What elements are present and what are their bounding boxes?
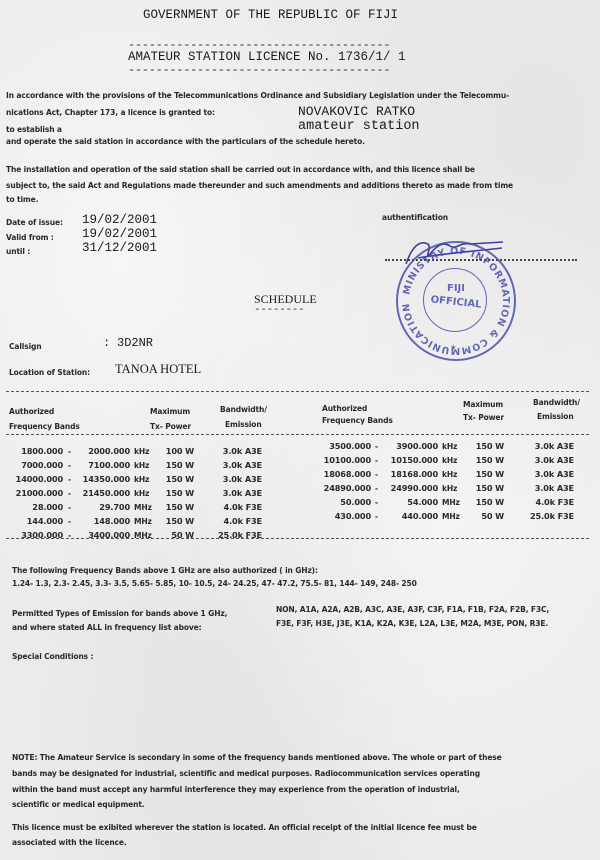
emission-types-label-2: and where stated ALL in frequency list a… (12, 622, 202, 632)
band-power: 150 W (460, 469, 504, 479)
installation-line-3: to time. (6, 194, 38, 204)
table-row: 50.000 - 54.000 MHz 150 W 4.0k F3E (300, 497, 600, 511)
band-from: 10100.000 (300, 455, 371, 465)
band-unit: MHz (442, 497, 460, 507)
installation-line-1: The installation and operation of the sa… (6, 164, 475, 174)
valid-from-value: 19/02/2001 (82, 227, 157, 241)
ghz-bands-list: 1.24- 1.3, 2.3- 2.45, 3.3- 3.5, 5.65- 5.… (12, 578, 417, 588)
col-header-power-2-left: Tx- Power (150, 421, 191, 431)
grant-line-2: nications Act, Chapter 173, a licence is… (6, 107, 215, 117)
band-sep: - (68, 502, 71, 512)
band-from: 7000.000 (0, 460, 63, 470)
band-power: 50 W (460, 511, 504, 521)
band-to: 2000.000 (74, 446, 130, 456)
col-header-power-2-right: Tx- Power (463, 412, 504, 422)
official-stamp: MINISTRY OF INFORMATION & COMMUNICATION … (396, 241, 516, 361)
note-line-1: NOTE: The Amateur Service is secondary i… (12, 752, 502, 762)
exhibit-line-2: associated with the licence. (12, 837, 127, 847)
table-rule-top (6, 391, 589, 392)
title-rule-bottom: -------------------------------------- (128, 63, 390, 77)
band-power: 150 W (150, 502, 194, 512)
installation-line-2: subject to, the said Act and Regulations… (6, 180, 513, 190)
emission-types-list-1: NON, A1A, A2A, A2B, A3C, A3E, A3F, C3F, … (276, 604, 549, 614)
col-header-band-1-left: Authorized (9, 406, 54, 416)
band-to: 148.000 (74, 516, 130, 526)
stamp-star-icon: ★ (450, 343, 456, 352)
table-row: 21000.000 - 21450.000 kHz 150 W 3.0k A3E (0, 488, 300, 502)
band-to: 440.000 (380, 511, 438, 521)
note-line-2: bands may be designated for industrial, … (12, 768, 480, 778)
band-from: 24890.000 (300, 483, 371, 493)
band-from: 3500.000 (300, 441, 371, 451)
table-row: 18068.000 - 18168.000 kHz 150 W 3.0k A3E (300, 469, 600, 483)
band-from: 50.000 (300, 497, 371, 507)
valid-until-label: until : (6, 246, 30, 256)
table-row: 3500.000 - 3900.000 kHz 150 W 3.0k A3E (300, 441, 600, 455)
special-conditions-label: Special Conditions : (12, 651, 93, 661)
table-row: 28.000 - 29.700 MHz 150 W 4.0k F3E (0, 502, 300, 516)
band-sep: - (375, 441, 378, 451)
band-power: 150 W (150, 460, 194, 470)
col-header-band-2-right: Frequency Bands (322, 415, 393, 425)
band-emission: 25.0k F3E (520, 511, 574, 521)
band-unit: MHz (442, 511, 460, 521)
valid-from-label: Valid from : (6, 232, 54, 242)
band-emission: 3.0k A3E (210, 488, 262, 498)
col-header-band-1-right: Authorized (322, 403, 367, 413)
band-power: 150 W (150, 474, 194, 484)
band-to: 18168.000 (380, 469, 438, 479)
callsign-label: Callsign (9, 341, 42, 351)
band-sep: - (375, 497, 378, 507)
table-rule-header (6, 434, 589, 435)
band-from: 1800.000 (0, 446, 63, 456)
band-unit: kHz (134, 474, 149, 484)
station-type: amateur station (298, 119, 420, 134)
band-to: 21450.000 (74, 488, 130, 498)
location-label: Location of Station: (9, 367, 90, 377)
licence-title: AMATEUR STATION LICENCE No. 1736/1/ 1 (128, 50, 406, 64)
table-row: 144.000 - 148.000 MHz 150 W 4.0k F3E (0, 516, 300, 530)
table-rule-bottom (6, 538, 589, 539)
table-row: 7000.000 - 7100.000 kHz 150 W 3.0k A3E (0, 460, 300, 474)
band-from: 430.000 (300, 511, 371, 521)
band-sep: - (375, 469, 378, 479)
band-to: 3900.000 (380, 441, 438, 451)
table-row: 24890.000 - 24990.000 kHz 150 W 3.0k A3E (300, 483, 600, 497)
band-unit: kHz (442, 469, 457, 479)
table-row: 14000.000 - 14350.000 kHz 150 W 3.0k A3E (0, 474, 300, 488)
table-row: 3300.000 - 3400.000 MHz 50 W 25.0k F3E (0, 530, 300, 544)
grant-line-3: to establish a (6, 124, 62, 134)
authentication-label: authentification (382, 212, 448, 222)
col-header-power-1-right: Maximum (463, 399, 503, 409)
location-value: TANOA HOTEL (115, 362, 201, 377)
col-header-bw-1-left: Bandwidth/ (220, 404, 267, 414)
table-row: 430.000 - 440.000 MHz 50 W 25.0k F3E (300, 511, 600, 525)
callsign-value: 3D2NR (117, 336, 153, 350)
band-power: 150 W (460, 441, 504, 451)
band-from: 18068.000 (300, 469, 371, 479)
licensee-name: NOVAKOVIC RATKO (298, 104, 415, 119)
band-to: 10150.000 (380, 455, 438, 465)
band-power: 150 W (460, 497, 504, 507)
schedule-underline: -------- (254, 304, 304, 316)
band-emission: 3.0k A3E (520, 455, 574, 465)
band-to: 24990.000 (380, 483, 438, 493)
band-from: 28.000 (0, 502, 63, 512)
band-unit: kHz (134, 488, 149, 498)
band-from: 21000.000 (0, 488, 63, 498)
band-sep: - (68, 460, 71, 470)
band-sep: - (68, 474, 71, 484)
band-emission: 3.0k A3E (520, 483, 574, 493)
band-to: 14350.000 (74, 474, 130, 484)
band-emission: 3.0k A3E (520, 441, 574, 451)
emission-types-list-2: F3E, F3F, H3E, J3E, K1A, K2A, K3E, L2A, … (276, 618, 548, 628)
table-row: 10100.000 - 10150.000 kHz 150 W 3.0k A3E (300, 455, 600, 469)
note-line-4: scientific or medical equipment. (12, 799, 145, 809)
band-sep: - (68, 516, 71, 526)
band-unit: kHz (442, 483, 457, 493)
band-sep: - (375, 483, 378, 493)
col-header-bw-1-right: Bandwidth/ (533, 397, 580, 407)
band-emission: 3.0k A3E (520, 469, 574, 479)
band-unit: kHz (442, 441, 457, 451)
band-power: 150 W (150, 516, 194, 526)
date-of-issue-label: Date of issue: (6, 217, 63, 227)
government-heading: GOVERNMENT OF THE REPUBLIC OF FIJI (143, 8, 398, 22)
band-power: 150 W (460, 455, 504, 465)
table-row: 1800.000 - 2000.000 kHz 100 W 3.0k A3E (0, 446, 300, 460)
emission-types-label-1: Permitted Types of Emission for bands ab… (12, 608, 227, 618)
band-emission: 4.0k F3E (210, 516, 262, 526)
band-unit: kHz (442, 455, 457, 465)
band-sep: - (375, 455, 378, 465)
band-power: 150 W (150, 488, 194, 498)
band-power: 150 W (460, 483, 504, 493)
band-to: 29.700 (74, 502, 130, 512)
callsign-separator: : (103, 336, 110, 350)
col-header-band-2-left: Frequency Bands (9, 421, 80, 431)
band-sep: - (68, 446, 71, 456)
band-unit: kHz (134, 446, 149, 456)
date-of-issue-value: 19/02/2001 (82, 213, 157, 227)
band-emission: 3.0k A3E (210, 446, 262, 456)
band-from: 144.000 (0, 516, 63, 526)
band-emission: 4.0k F3E (520, 497, 574, 507)
valid-until-value: 31/12/2001 (82, 241, 157, 255)
band-power: 100 W (150, 446, 194, 456)
grant-line-1: In accordance with the provisions of the… (6, 90, 509, 100)
band-emission: 3.0k A3E (210, 474, 262, 484)
note-line-3: within the band must accept any harmful … (12, 784, 460, 794)
col-header-bw-2-left: Emission (225, 419, 262, 429)
band-from: 14000.000 (0, 474, 63, 484)
band-to: 54.000 (380, 497, 438, 507)
band-sep: - (375, 511, 378, 521)
band-emission: 4.0k F3E (210, 502, 262, 512)
band-unit: kHz (134, 460, 149, 470)
exhibit-line-1: This licence must be exibited wherever t… (12, 822, 477, 832)
band-emission: 3.0k A3E (210, 460, 262, 470)
col-header-bw-2-right: Emission (537, 411, 574, 421)
band-to: 7100.000 (74, 460, 130, 470)
grant-line-4: and operate the said station in accordan… (6, 136, 365, 146)
ghz-bands-intro: The following Frequency Bands above 1 GH… (12, 565, 318, 575)
col-header-power-1-left: Maximum (150, 406, 190, 416)
band-sep: - (68, 488, 71, 498)
